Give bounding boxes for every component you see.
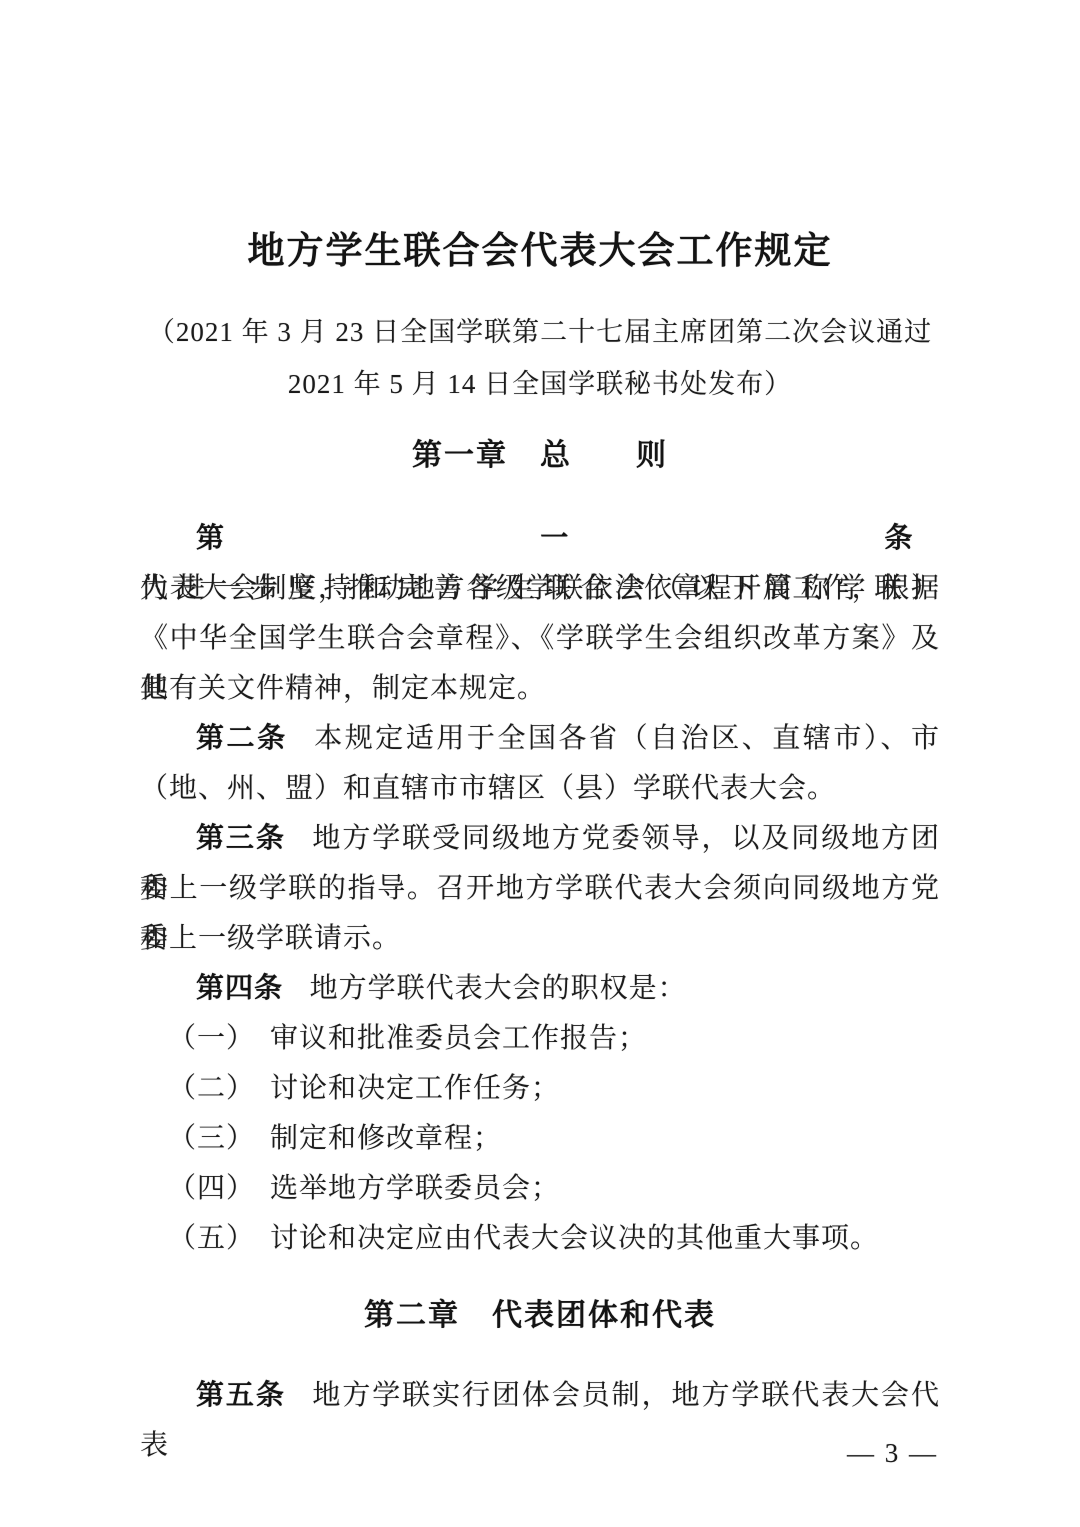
list-item: （四） 选举地方学联委员会；: [140, 1164, 940, 1214]
article-line: 第二条本规定适用于全国各省（自治区、直辖市）、市: [140, 714, 940, 764]
subtitle-line: （2021 年 3 月 23 日全国学联第二十七届主席团第二次会议通过: [140, 306, 940, 358]
article-3-number: 第三条: [196, 823, 286, 854]
document-subtitle: （2021 年 3 月 23 日全国学联第二十七届主席团第二次会议通过 2021…: [140, 306, 940, 410]
article-5-paragraph: 第五条地方学联实行团体会员制，地方学联代表大会代表: [140, 1371, 940, 1421]
list-item: （二） 讨论和决定工作任务；: [140, 1064, 940, 1114]
article-line: 和上一级学联的指导。召开地方学联代表大会须向同级地方党委: [140, 864, 940, 914]
list-item: （一） 审议和批准委员会工作报告；: [140, 1014, 940, 1064]
article-1-paragraph: 第一条为进一步坚持和完善学生联合会（以下简称学联） 代表大会制度，推动地方各级学…: [140, 514, 940, 714]
article-line: 第三条地方学联受同级地方党委领导，以及同级地方团委: [140, 814, 940, 864]
list-item: （三） 制定和修改章程；: [140, 1114, 940, 1164]
article-line: 《中华全国学生联合会章程》、《学联学生会组织改革方案》及其: [140, 614, 940, 664]
article-line: （地、州、盟）和直辖市市辖区（县）学联代表大会。: [140, 764, 940, 814]
article-1-number: 第一条: [196, 523, 913, 554]
subtitle-line: 2021 年 5 月 14 日全国学联秘书处发布）: [140, 358, 940, 410]
article-5-number: 第五条: [196, 1380, 286, 1411]
article-line: 第四条地方学联代表大会的职权是：: [140, 964, 940, 1014]
article-line: 和上一级学联请示。: [140, 914, 940, 964]
article-line: 代表大会制度，推动地方各级学联依法依章程开展工作，根据: [140, 564, 940, 614]
list-item: （五） 讨论和决定应由代表大会议决的其他重大事项。: [140, 1214, 940, 1264]
article-3-paragraph: 第三条地方学联受同级地方党委领导，以及同级地方团委 和上一级学联的指导。召开地方…: [140, 814, 940, 964]
chapter-1-body: 第一条为进一步坚持和完善学生联合会（以下简称学联） 代表大会制度，推动地方各级学…: [140, 514, 940, 1264]
article-4-item-list: （一） 审议和批准委员会工作报告； （二） 讨论和决定工作任务； （三） 制定和…: [140, 1014, 940, 1264]
chapter-2-body: 第五条地方学联实行团体会员制，地方学联代表大会代表: [140, 1371, 940, 1421]
chapter-2-heading: 第二章 代表团体和代表: [140, 1290, 940, 1342]
article-line: 第五条地方学联实行团体会员制，地方学联代表大会代表: [140, 1371, 940, 1421]
article-line: 第一条为进一步坚持和完善学生联合会（以下简称学联）: [140, 514, 940, 564]
document-content: 地方学生联合会代表大会工作规定 （2021 年 3 月 23 日全国学联第二十七…: [0, 0, 1080, 1473]
article-4-number: 第四条: [196, 973, 283, 1004]
article-2-number: 第二条: [196, 723, 288, 754]
article-2-paragraph: 第二条本规定适用于全国各省（自治区、直辖市）、市 （地、州、盟）和直辖市市辖区（…: [140, 714, 940, 814]
chapter-1-heading: 第一章 总 则: [140, 430, 940, 482]
article-4-paragraph: 第四条地方学联代表大会的职权是：: [140, 964, 940, 1014]
document-page: 地方学生联合会代表大会工作规定 （2021 年 3 月 23 日全国学联第二十七…: [0, 0, 1080, 1527]
article-text: 本规定适用于全国各省（自治区、直辖市）、市: [314, 723, 940, 754]
page-title: 地方学生联合会代表大会工作规定: [140, 223, 940, 281]
article-line: 他有关文件精神，制定本规定。: [140, 664, 940, 714]
article-text: 地方学联代表大会的职权是：: [310, 973, 687, 1004]
page-number: — 3 —: [140, 1433, 940, 1473]
